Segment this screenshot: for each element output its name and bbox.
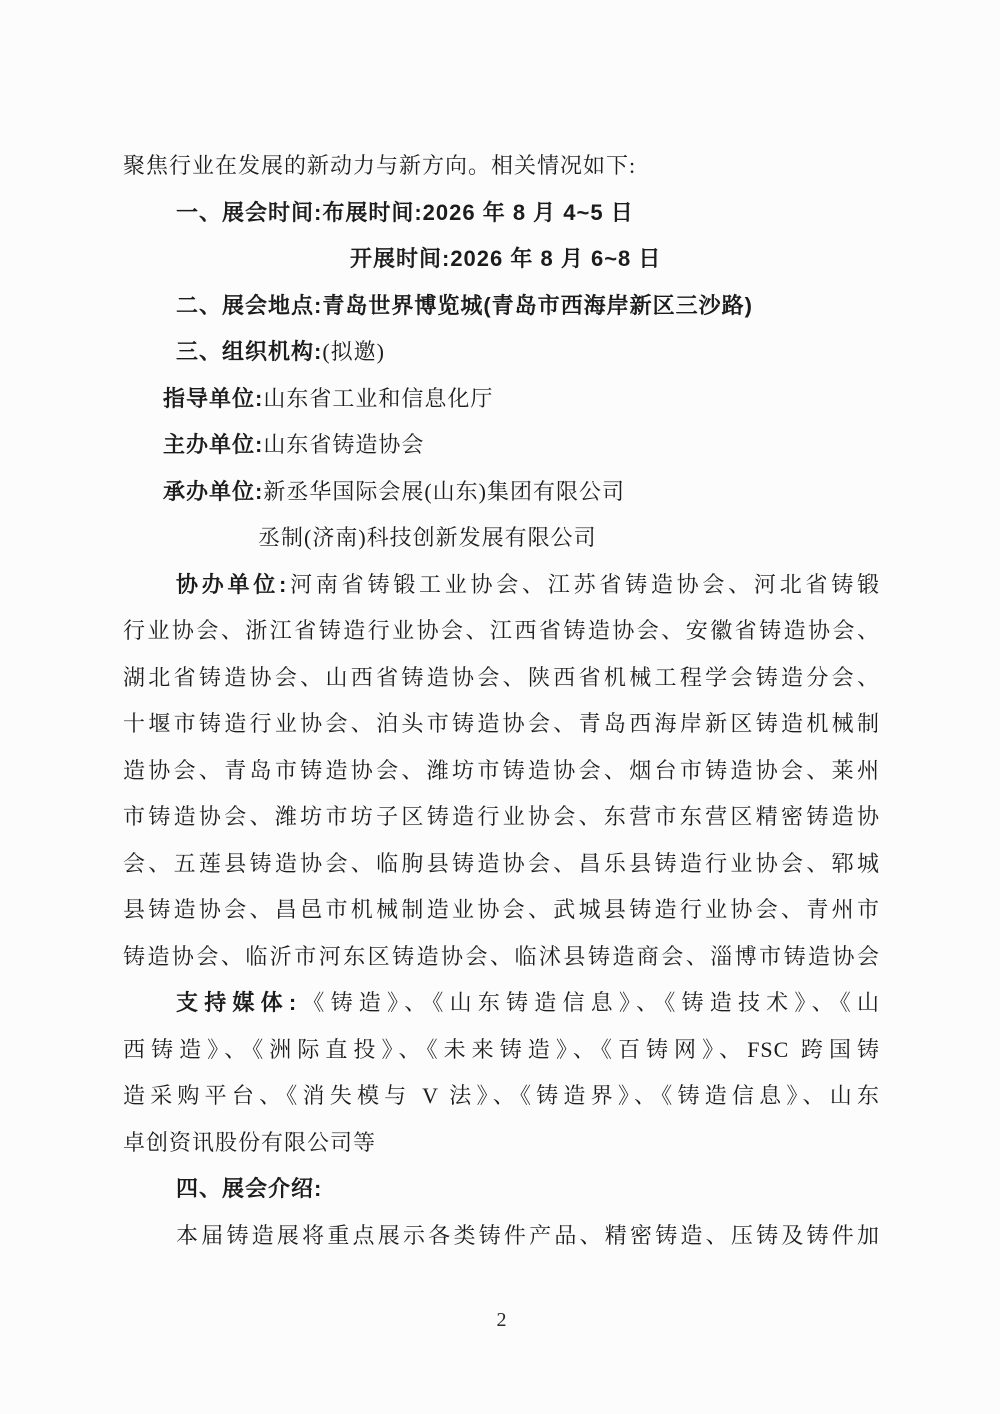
text-segment: 西铸造》、《洲际直投》、《未来铸造》、《百铸网》、FSC 跨国铸 <box>123 1037 880 1062</box>
text-segment: 十堰市铸造行业协会、泊头市铸造协会、青岛西海岸新区铸造机械制 <box>123 711 880 736</box>
text-segment: 新丞华国际会展(山东)集团有限公司 <box>263 479 625 504</box>
text-segment-bold: 支持媒体: <box>176 990 297 1015</box>
text-line: 承办单位:新丞华国际会展(山东)集团有限公司 <box>123 469 880 516</box>
text-segment: 《铸造》、《山东铸造信息》、《铸造技术》、《山 <box>297 990 880 1015</box>
text-line: 四、展会介绍: <box>123 1166 880 1213</box>
text-line: 湖北省铸造协会、山西省铸造协会、陕西省机械工程学会铸造分会、 <box>123 655 880 702</box>
text-segment: 山东省铸造协会 <box>263 432 424 457</box>
text-line: 县铸造协会、昌邑市机械制造业协会、武城县铸造行业协会、青州市 <box>123 887 880 934</box>
text-line: 会、五莲县铸造协会、临朐县铸造协会、昌乐县铸造行业协会、郓城 <box>123 841 880 888</box>
text-line: 支持媒体:《铸造》、《山东铸造信息》、《铸造技术》、《山 <box>123 980 880 1027</box>
text-line: 行业协会、浙江省铸造行业协会、江西省铸造协会、安徽省铸造协会、 <box>123 608 880 655</box>
text-line: 二、展会地点:青岛世界博览城(青岛市西海岸新区三沙路) <box>123 283 880 330</box>
text-line: 市铸造协会、潍坊市坊子区铸造行业协会、东营市东营区精密铸造协 <box>123 794 880 841</box>
text-line: 十堰市铸造行业协会、泊头市铸造协会、青岛西海岸新区铸造机械制 <box>123 701 880 748</box>
text-line: 造采购平台、《消失模与 V 法》、《铸造界》、《铸造信息》、山东 <box>123 1073 880 1120</box>
text-line: 主办单位:山东省铸造协会 <box>123 422 880 469</box>
text-line: 西铸造》、《洲际直投》、《未来铸造》、《百铸网》、FSC 跨国铸 <box>123 1027 880 1074</box>
text-line: 铸造协会、临沂市河东区铸造协会、临沭县铸造商会、淄博市铸造协会 <box>123 934 880 981</box>
text-segment-bold: 四、展会介绍: <box>176 1176 322 1201</box>
text-segment: 卓创资讯股份有限公司等 <box>123 1130 376 1155</box>
text-segment: 会、五莲县铸造协会、临朐县铸造协会、昌乐县铸造行业协会、郓城 <box>123 851 880 876</box>
text-segment: (拟邀) <box>322 339 385 364</box>
text-segment: 本届铸造展将重点展示各类铸件产品、精密铸造、压铸及铸件加 <box>176 1223 880 1248</box>
text-segment-bold: 二、展会地点:青岛世界博览城(青岛市西海岸新区三沙路) <box>176 293 753 318</box>
text-line: 指导单位:山东省工业和信息化厅 <box>123 376 880 423</box>
text-segment-bold: 协办单位: <box>176 572 287 597</box>
text-segment: 山东省工业和信息化厅 <box>263 386 493 411</box>
text-line: 卓创资讯股份有限公司等 <box>123 1120 880 1167</box>
text-segment: 湖北省铸造协会、山西省铸造协会、陕西省机械工程学会铸造分会、 <box>123 665 880 690</box>
text-segment-bold: 指导单位: <box>163 386 263 411</box>
text-line: 协办单位:河南省铸锻工业协会、江苏省铸造协会、河北省铸锻 <box>123 562 880 609</box>
text-segment: 河南省铸锻工业协会、江苏省铸造协会、河北省铸锻 <box>287 572 880 597</box>
text-segment-bold: 承办单位: <box>163 479 263 504</box>
text-line: 丞制(济南)科技创新发展有限公司 <box>123 515 880 562</box>
text-line: 开展时间:2026 年 8 月 6~8 日 <box>123 236 880 283</box>
text-line: 本届铸造展将重点展示各类铸件产品、精密铸造、压铸及铸件加 <box>123 1213 880 1260</box>
text-segment-bold: 开展时间:2026 年 8 月 6~8 日 <box>350 246 661 271</box>
text-line: 一、展会时间:布展时间:2026 年 8 月 4~5 日 <box>123 190 880 237</box>
text-segment: 聚焦行业在发展的新动力与新方向。相关情况如下: <box>123 153 636 178</box>
text-segment-bold: 主办单位: <box>163 432 263 457</box>
text-segment: 造协会、青岛市铸造协会、潍坊市铸造协会、烟台市铸造协会、莱州 <box>123 758 880 783</box>
text-segment-bold: 三、组织机构: <box>176 339 322 364</box>
page-footer: 2 <box>123 1305 880 1335</box>
text-segment: 市铸造协会、潍坊市坊子区铸造行业协会、东营市东营区精密铸造协 <box>123 804 880 829</box>
text-segment-bold: 一、展会时间:布展时间:2026 年 8 月 4~5 日 <box>176 200 634 225</box>
text-line: 造协会、青岛市铸造协会、潍坊市铸造协会、烟台市铸造协会、莱州 <box>123 748 880 795</box>
text-line: 聚焦行业在发展的新动力与新方向。相关情况如下: <box>123 143 880 190</box>
document-page: 聚焦行业在发展的新动力与新方向。相关情况如下:一、展会时间:布展时间:2026 … <box>0 0 1000 1414</box>
text-segment: 铸造协会、临沂市河东区铸造协会、临沭县铸造商会、淄博市铸造协会 <box>123 944 880 969</box>
page-number: 2 <box>497 1309 507 1331</box>
text-line: 三、组织机构:(拟邀) <box>123 329 880 376</box>
text-segment: 行业协会、浙江省铸造行业协会、江西省铸造协会、安徽省铸造协会、 <box>123 618 880 643</box>
text-segment: 县铸造协会、昌邑市机械制造业协会、武城县铸造行业协会、青州市 <box>123 897 880 922</box>
text-lines: 聚焦行业在发展的新动力与新方向。相关情况如下:一、展会时间:布展时间:2026 … <box>123 143 880 1259</box>
text-segment: 造采购平台、《消失模与 V 法》、《铸造界》、《铸造信息》、山东 <box>123 1083 880 1108</box>
text-segment: 丞制(济南)科技创新发展有限公司 <box>258 525 597 550</box>
